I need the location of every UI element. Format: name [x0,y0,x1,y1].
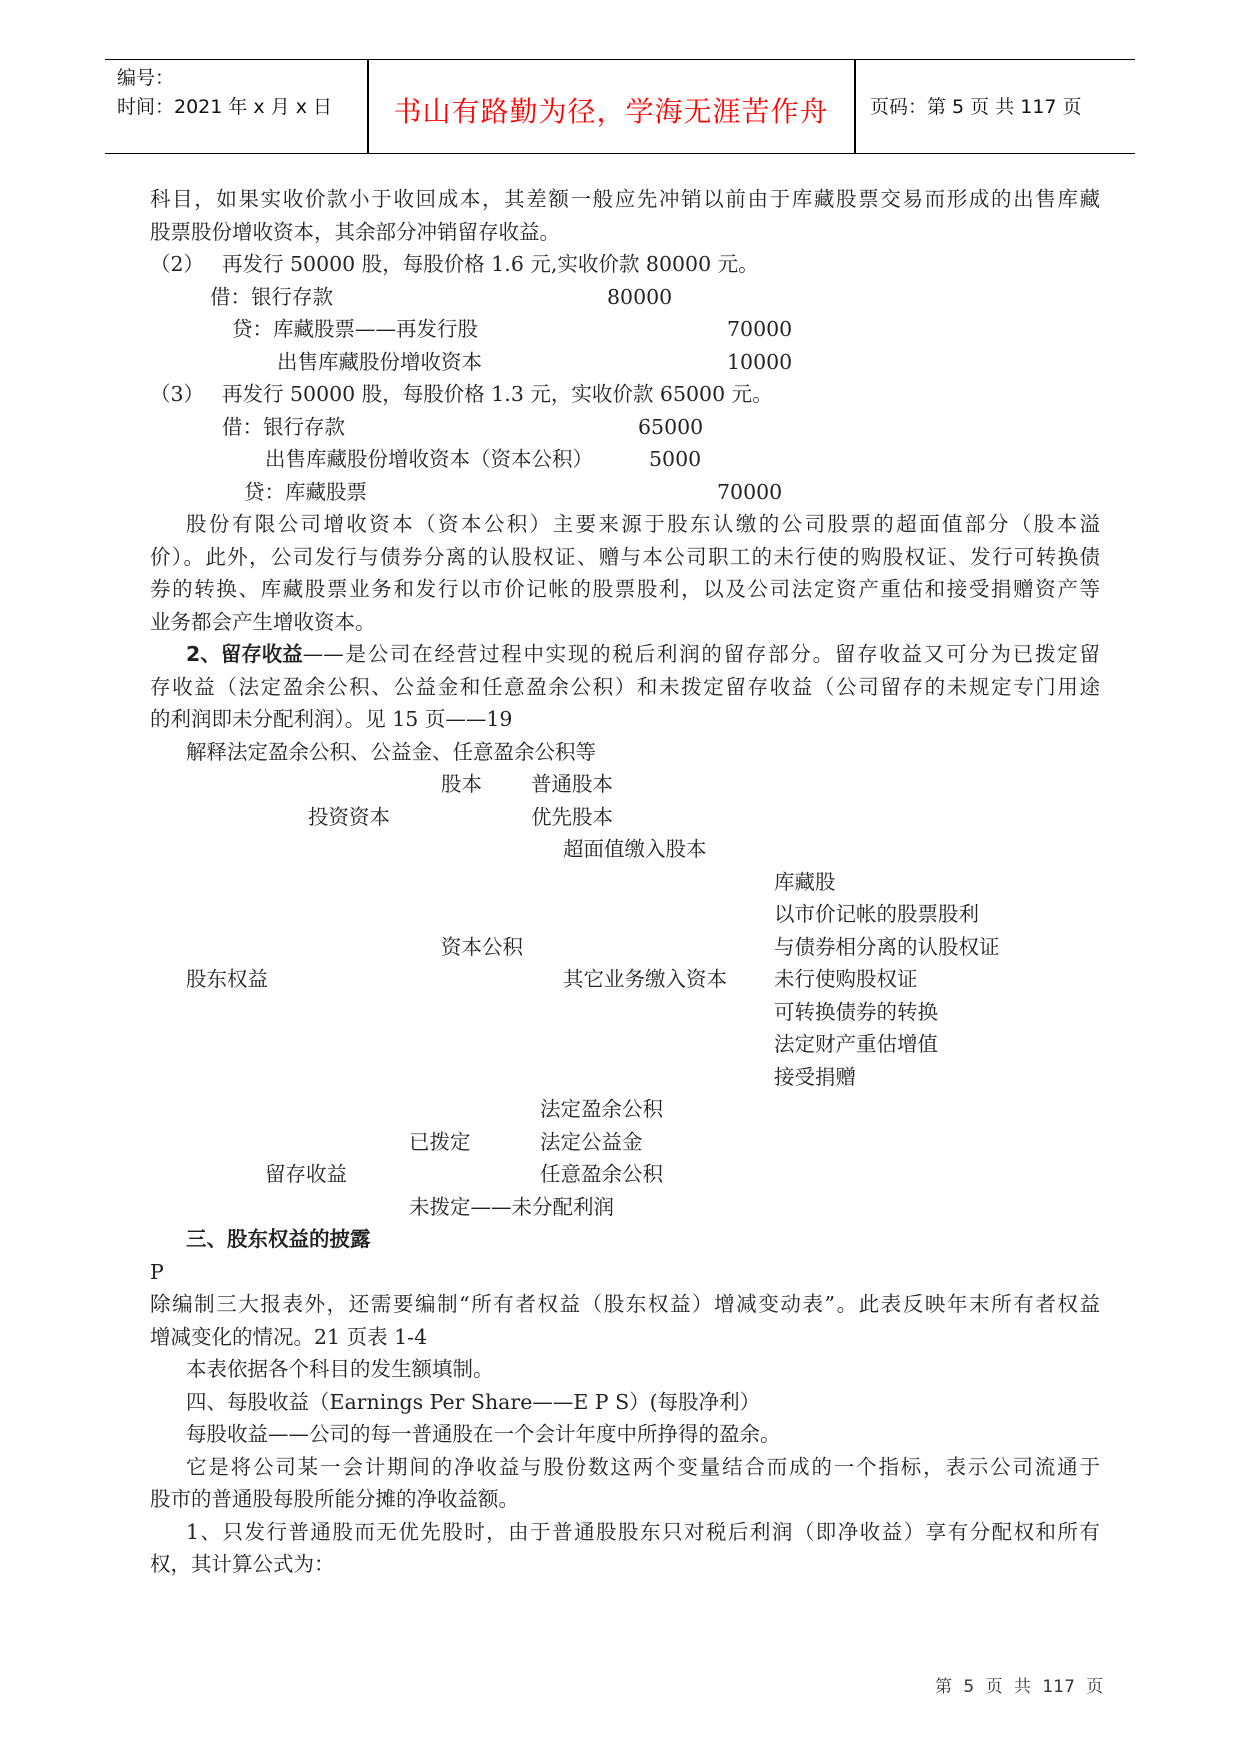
paragraph-line: 的利润即未分配利润）。见 15 页——19 [150,703,1100,736]
tree-node: 超面值缴入股本 [563,833,707,866]
tree-node: 资本公积 [441,931,523,964]
credit-label: 出售库藏股份增收资本 [277,346,482,379]
tree-node: 法定公益金 [540,1126,643,1159]
credit-amount: 70000 [717,476,782,509]
section-heading: 2、留存收益 [186,638,303,671]
paragraph-line: 股市的普通股每股所能分摊的净收益额。 [150,1483,1100,1516]
tree-node: 已拨定 [409,1126,471,1159]
stray-text: P [150,1256,164,1289]
paragraph-line: 解释法定盈余公积、公益金、任意盈余公积等 [150,736,1136,769]
tree-node: 投资资本 [308,801,390,834]
tree-node: 普通股本 [531,768,613,801]
credit-label: 贷：库藏股票——再发行股 [232,313,478,346]
paragraph-text: ——是公司在经营过程中实现的税后利润的留存部分。留存收益又可分为已拨定留 [303,638,1100,671]
tree-node: 其它业务缴入资本 [563,963,727,996]
credit-label: 贷：库藏股票 [244,476,367,509]
tree-node: 可转换债券的转换 [774,996,938,1029]
tree-node: 优先股本 [531,801,613,834]
header-meta: 编号： 时间：2021 年 x 月 x 日 [117,64,332,122]
paragraph-line: 四、每股收益（Earnings Per Share——E P S）(每股净利） [150,1386,1136,1419]
paragraph-line: 股份有限公司增收资本（资本公积）主要来源于股东认缴的公司股票的超面值部分（股本溢 [150,508,1100,541]
paragraph-line: 存收益（法定盈余公积、公益金和任意盈余公积）和未拨定留存收益（公司留存的未规定专… [150,671,1100,704]
tree-node: 股东权益 [186,963,268,996]
paragraph-line: 价）。此外，公司发行与债券分离的认股权证、赠与本公司职工的未行使的购股权证、发行… [150,541,1100,574]
debit-label: 出售库藏股份增收资本（资本公积） [265,443,593,476]
paragraph-line: 每股收益——公司的每一普通股在一个会计年度中所挣得的盈余。 [150,1418,1136,1451]
paragraph-line: 它是将公司某一会计期间的净收益与股份数这两个变量结合而成的一个指标，表示公司流通… [150,1451,1100,1484]
paragraph-line: 2、留存收益——是公司在经营过程中实现的税后利润的留存部分。留存收益又可分为已拨… [150,638,1100,671]
credit-amount: 70000 [727,313,792,346]
debit-label: 借：银行存款 [210,281,333,314]
tree-node: 未行使购股权证 [774,963,918,996]
tree-node: 留存收益 [265,1158,347,1191]
date-label: 时间：2021 年 x 月 x 日 [117,93,332,122]
paragraph-line: 本表依据各个科目的发生额填制。 [150,1353,1136,1386]
debit-amount: 5000 [649,443,701,476]
tree-node: 以市价记帐的股票股利 [774,898,979,931]
entry-title: 再发行 50000 股，每股价格 1.3 元，实收价款 65000 元。 [222,378,773,411]
tree-node: 任意盈余公积 [540,1158,663,1191]
tree-node: 法定盈余公积 [540,1093,663,1126]
paragraph-line: 股票股份增收资本，其余部分冲销留存收益。 [150,216,1100,249]
paragraph-line: 1、只发行普通股而无优先股时，由于普通股股东只对税后利润（即净收益）享有分配权和… [150,1516,1100,1549]
section-heading: 三、股东权益的披露 [186,1223,371,1256]
entry-number: （2） [150,248,204,281]
credit-amount: 10000 [727,346,792,379]
debit-label: 借：银行存款 [222,411,345,444]
debit-amount: 65000 [638,411,703,444]
tree-node: 法定财产重估增值 [774,1028,938,1061]
page-header: 编号： 时间：2021 年 x 月 x 日 书山有路勤为径，学海无涯苦作舟 页码… [105,59,1135,154]
paragraph-line: 业务都会产生增收资本。 [150,606,1100,639]
paragraph-line: 除编制三大报表外，还需要编制“所有者权益（股东权益）增减变动表”。此表反映年末所… [150,1288,1100,1321]
paragraph-line: 券的转换、库藏股票业务和发行以市价记帐的股票股利，以及公司法定资产重估和接受捐赠… [150,573,1100,606]
tree-node: 接受捐赠 [774,1061,856,1094]
entry-title: 再发行 50000 股，每股价格 1.6 元,实收价款 80000 元。 [222,248,759,281]
tree-node: 股本 [441,768,482,801]
paragraph-line: 增减变化的情况。21 页表 1-4 [150,1321,1100,1354]
paragraph-line: 权，其计算公式为： [150,1548,1100,1581]
tree-node: 库藏股 [774,866,836,899]
page-footer: 第 5 页 共 117 页 [935,1672,1103,1697]
entry-number: （3） [150,378,204,411]
tree-node: 未拨定——未分配利润 [409,1191,614,1224]
paragraph-line: 科目，如果实收价款小于收回成本，其差额一般应先冲销以前由于库藏股票交易而形成的出… [150,183,1100,216]
serial-label: 编号： [117,64,332,93]
debit-amount: 80000 [607,281,672,314]
header-page-info: 页码：第 5 页 共 117 页 [870,92,1082,119]
tree-node: 与债券相分离的认股权证 [774,931,1000,964]
header-divider [854,60,856,153]
header-slogan: 书山有路勤为径，学海无涯苦作舟 [368,90,854,130]
